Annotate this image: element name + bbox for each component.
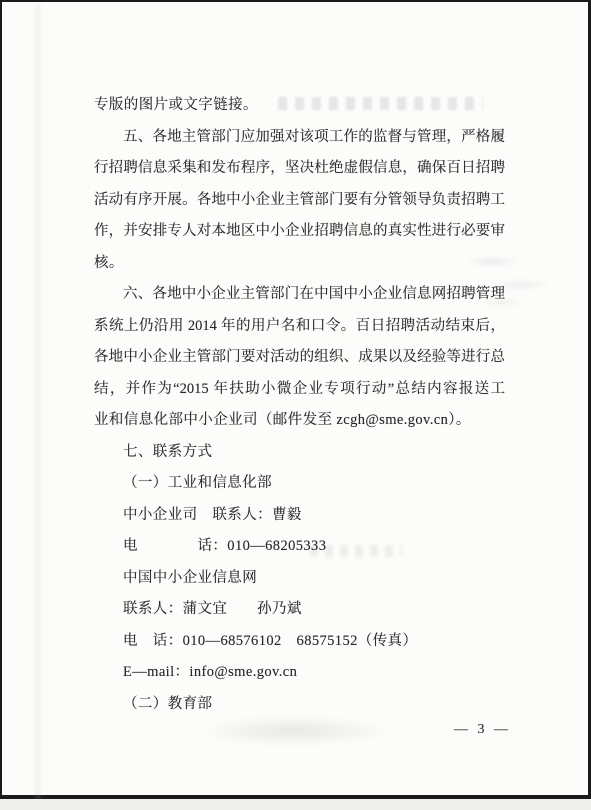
doc-line-17: 联系人：蒲文宜 孙乃斌 (94, 594, 505, 626)
doc-line-13: （一）工业和信息化部 (94, 468, 505, 500)
doc-line-15: 电 话：010—68205333 (94, 531, 505, 563)
doc-line-11: 业和信息化部中小企业司（邮件发至 zcgh@sme.gov.cn）。 (94, 405, 505, 437)
doc-line-14: 中小企业司 联系人：曹毅 (94, 500, 505, 532)
doc-line-04: 活动有序开展。各地中小企业主管部门要有分管领导负责招聘工 (94, 185, 505, 217)
scan-streak-artifact (36, 4, 40, 799)
doc-line-12: 七、联系方式 (94, 437, 505, 469)
doc-line-19: E—mail：info@sme.gov.cn (94, 657, 505, 689)
page-number: — 3 — (454, 722, 511, 738)
doc-line-08: 系统上仍沿用 2014 年的用户名和口令。百日招聘活动结束后， (94, 311, 505, 343)
scan-edge-strip (0, 799, 591, 810)
doc-line-16: 中国中小企业信息网 (94, 563, 505, 595)
doc-line-06: 核。 (94, 248, 505, 280)
doc-line-20: （二）教育部 (94, 689, 505, 721)
doc-line-10: 结，并作为“2015 年扶助小微企业专项行动”总结内容报送工 (94, 374, 505, 406)
doc-line-07: 六、各地中小企业主管部门在中国中小企业信息网招聘管理 (94, 279, 505, 311)
scanned-page: 专版的图片或文字链接。 五、各地主管部门应加强对该项工作的监督与管理，严格履 行… (0, 0, 591, 799)
document-body: 专版的图片或文字链接。 五、各地主管部门应加强对该项工作的监督与管理，严格履 行… (94, 90, 505, 720)
doc-line-05: 作，并安排专人对本地区中小企业招聘信息的真实性进行必要审 (94, 216, 505, 248)
doc-line-01: 专版的图片或文字链接。 (94, 90, 505, 122)
doc-line-02: 五、各地主管部门应加强对该项工作的监督与管理，严格履 (94, 122, 505, 154)
doc-line-03: 行招聘信息采集和发布程序，坚决杜绝虚假信息，确保百日招聘 (94, 153, 505, 185)
doc-line-09: 各地中小企业主管部门要对活动的组织、成果以及经验等进行总 (94, 342, 505, 374)
doc-line-18: 电 话：010—68576102 68575152（传真） (94, 626, 505, 658)
